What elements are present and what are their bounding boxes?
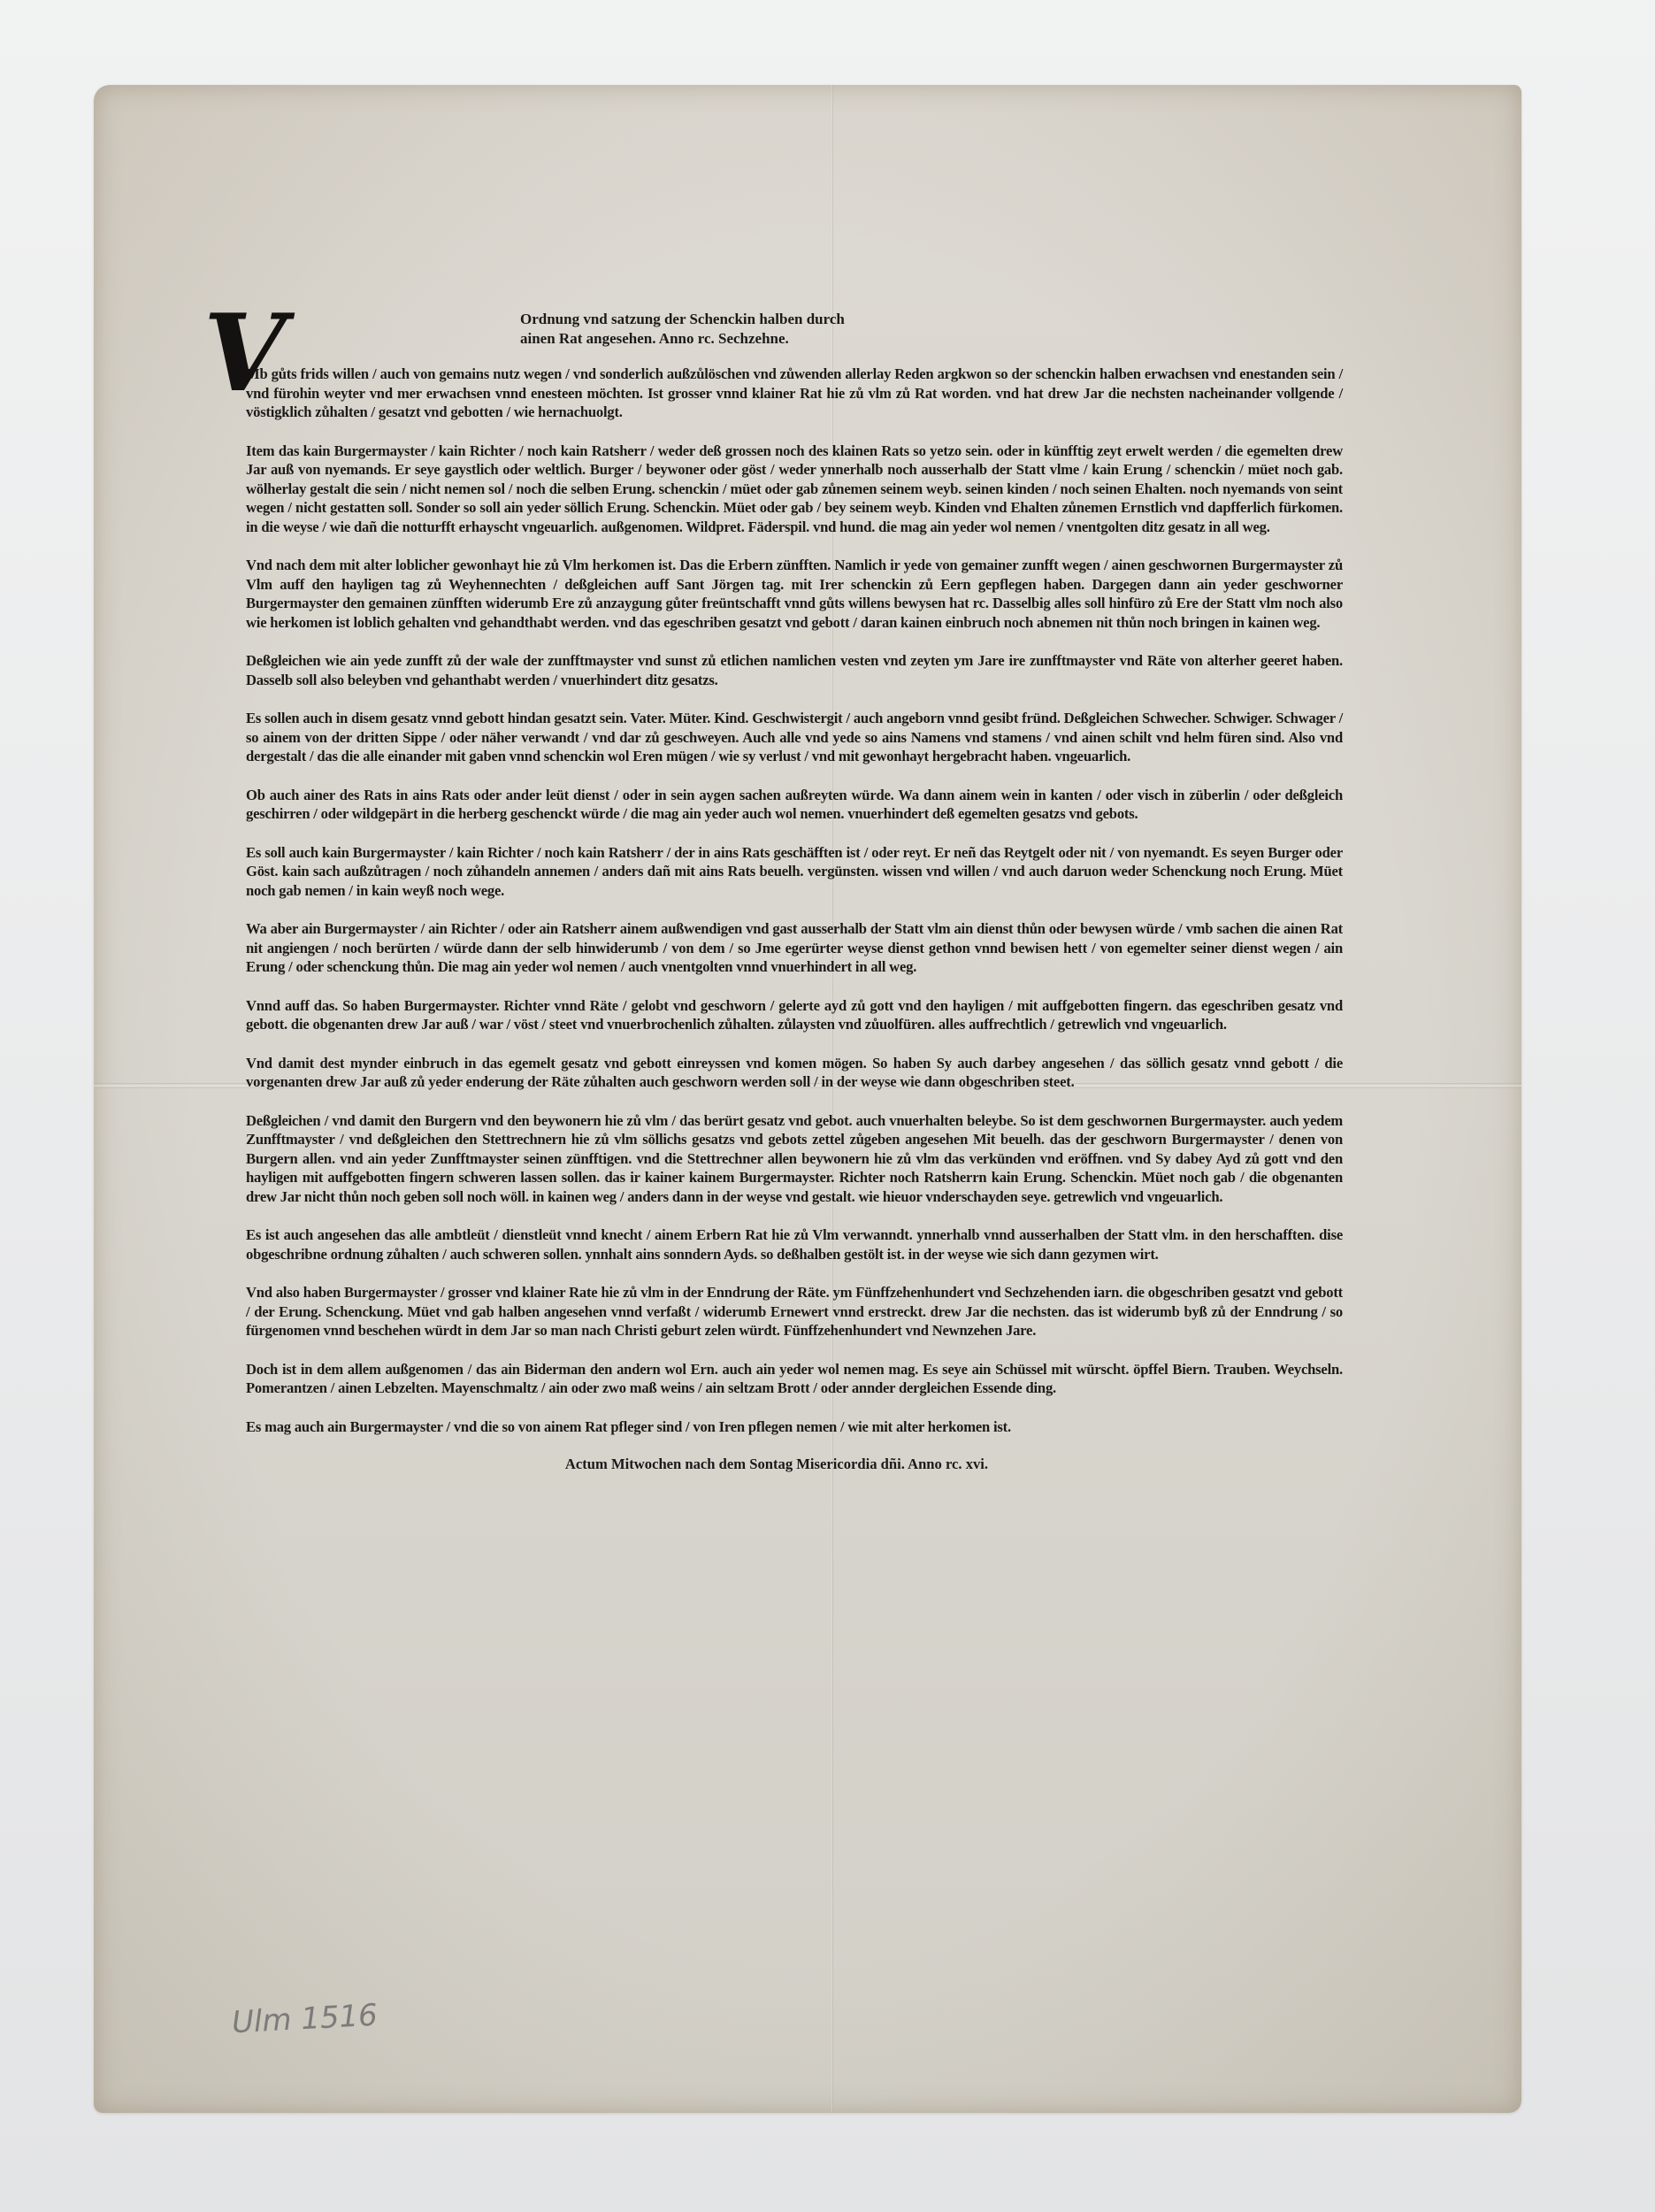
paragraph: Ob auch ainer des Rats in ains Rats oder…: [246, 786, 1343, 824]
paragraph: Es soll auch kain Burgermayster / kain R…: [246, 843, 1343, 901]
printed-ordinance: V Ordnung vnd satzung der Schenckin halb…: [246, 310, 1343, 1473]
document-title: Ordnung vnd satzung der Schenckin halben…: [520, 310, 945, 349]
paragraph: Vnd also haben Burgermayster / grosser v…: [246, 1283, 1343, 1340]
paragraph: Item das kain Burgermayster / kain Richt…: [246, 442, 1343, 537]
paragraph: Es ist auch angesehen das alle ambtleüt …: [246, 1225, 1343, 1263]
paragraph: Deßgleichen wie ain yede zunfft zů der w…: [246, 651, 1343, 689]
title-line-2: ainen Rat angesehen. Anno rc. Sechzehne.: [520, 329, 945, 349]
paragraph: Vnnd auff das. So haben Burgermayster. R…: [246, 996, 1343, 1034]
paragraph: Wa aber ain Burgermayster / ain Richter …: [246, 919, 1343, 977]
paragraph: Es mag auch ain Burgermayster / vnd die …: [246, 1417, 1343, 1437]
decorated-initial: V: [203, 301, 286, 407]
colophon: Actum Mitwochen nach dem Sontag Miserico…: [211, 1455, 1343, 1473]
paragraph: Es sollen auch in disem gesatz vnnd gebo…: [246, 709, 1343, 766]
paragraph: Mb gůts frids willen / auch von gemains …: [246, 365, 1343, 422]
paragraph: Vnd nach dem mit alter loblicher gewonha…: [246, 556, 1343, 632]
paragraph: Vnd damit dest mynder einbruch in das eg…: [246, 1054, 1343, 1092]
title-line-1: Ordnung vnd satzung der Schenckin halben…: [520, 310, 945, 329]
paragraph: Doch ist in dem allem außgenomen / das a…: [246, 1360, 1343, 1398]
paragraph: Deßgleichen / vnd damit den Burgern vnd …: [246, 1111, 1343, 1207]
